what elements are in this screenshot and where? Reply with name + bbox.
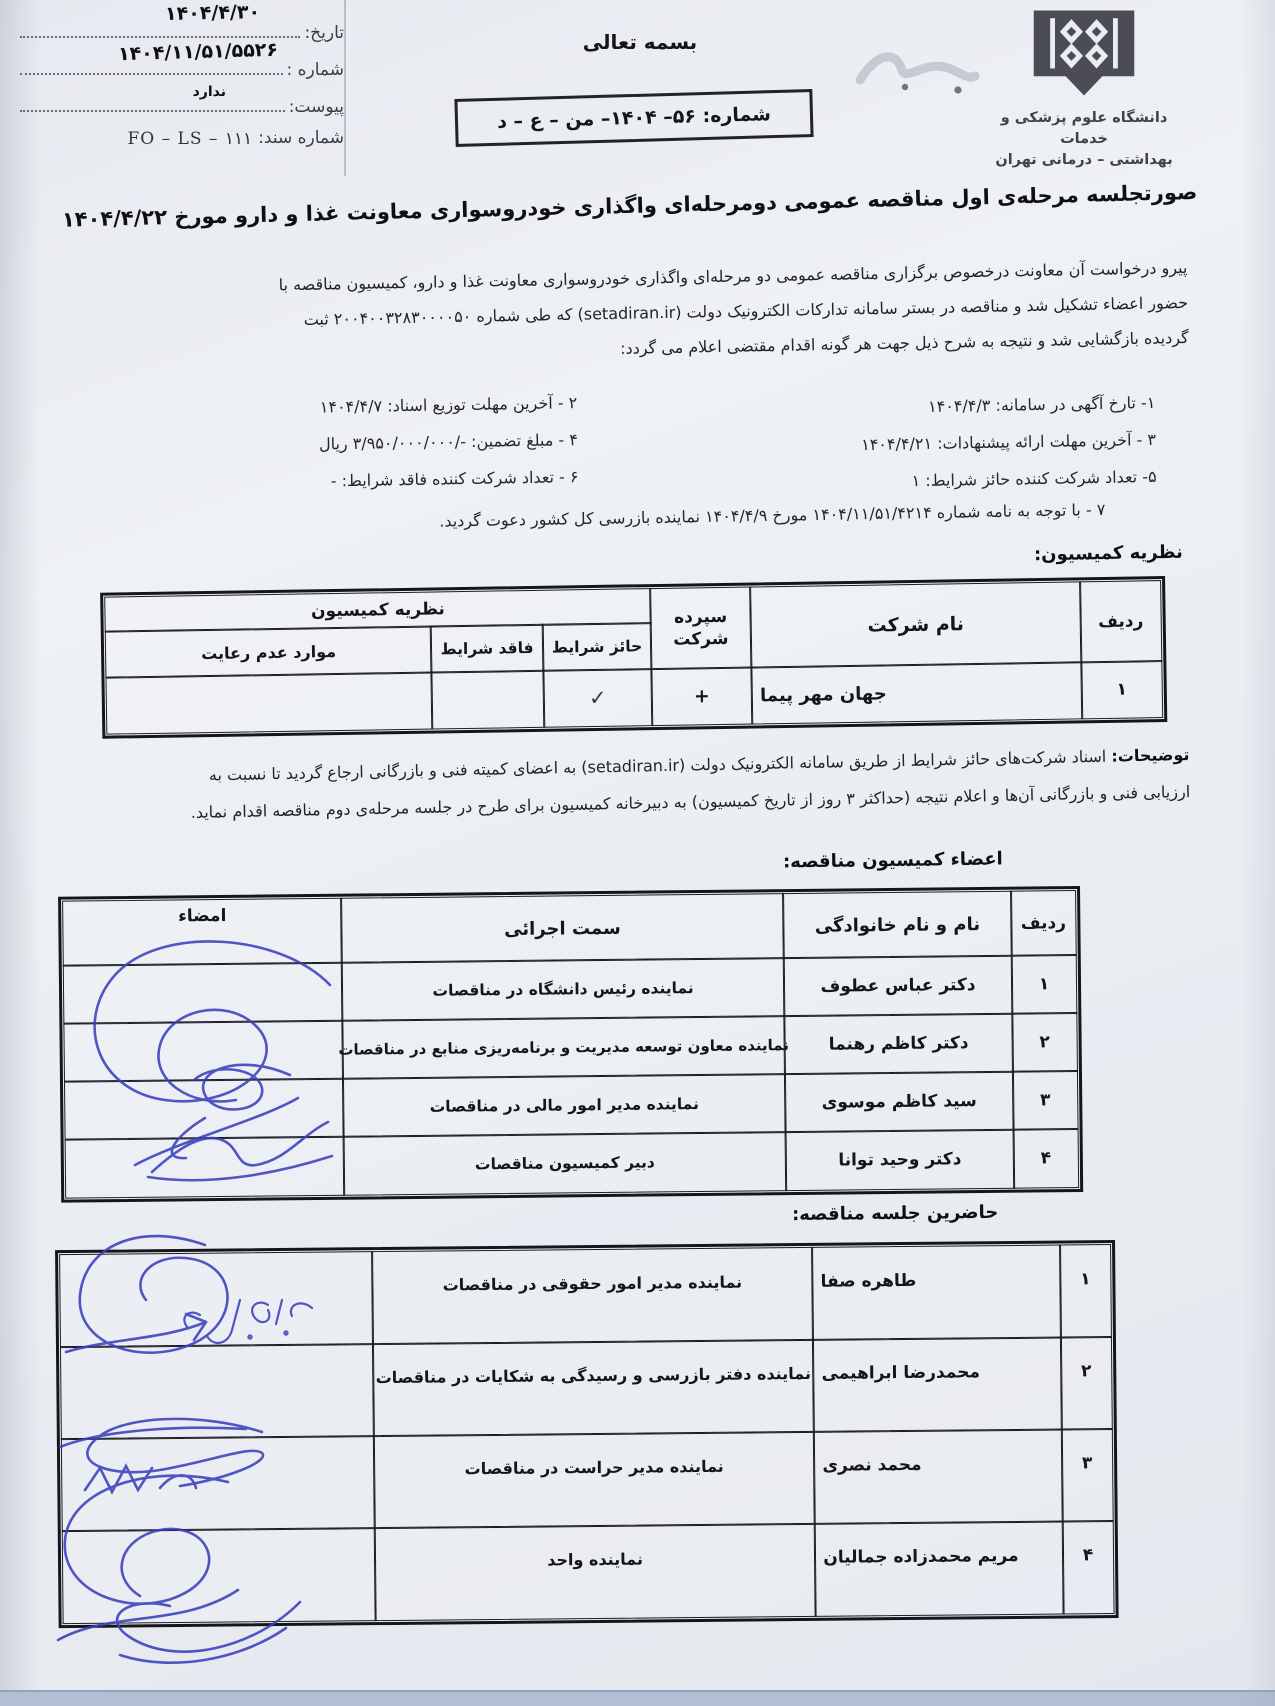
attendee-role: نماینده مدیر امور حقوقی در مناقصات [371, 1247, 813, 1345]
member-name: دکتر کاظم رهنما [784, 1013, 1014, 1075]
member-name: سید کاظم موسوی [784, 1071, 1014, 1133]
dotted-line [20, 109, 285, 112]
attachment-stamp: ندارد [193, 84, 226, 100]
attendee-role: نماینده دفتر بازرسی و رسیدگی به شکایات د… [372, 1339, 814, 1437]
doc-number-label: شماره سند: [258, 128, 344, 150]
col-header-name: نام و نام خانوادگی [782, 891, 1012, 959]
members-section-heading: اعضاء کمیسیون مناقصه: [783, 848, 1003, 872]
opinion-row-noncompliance [106, 672, 433, 735]
col-header-radif: ردیف [1010, 890, 1076, 956]
opinion-section-heading: نظریه کمیسیون: [1034, 542, 1183, 566]
member-row-num: ۱ [1011, 954, 1077, 1014]
member-role: نماینده رئیس دانشگاه در مناقصات [341, 957, 785, 1021]
document-title: صورتجلسه مرحله‌ی اول مناقصه عمومی دومرحل… [77, 180, 1197, 231]
university-name: دانشگاه علوم پزشکی و خدمات بهداشتی – درم… [981, 108, 1187, 171]
scanner-bed-edge [0, 1690, 1275, 1706]
col-header-radif: ردیف [1079, 580, 1162, 663]
university-name-line1: دانشگاه علوم پزشکی و خدمات [981, 108, 1187, 150]
attendee-row-num: ۱ [1059, 1244, 1111, 1338]
university-name-line2: بهداشتی – درمانی تهران [981, 150, 1187, 171]
doc-number-value: FO – LS – ۱۱۱ [128, 129, 253, 149]
col-header-signature: امضاء [62, 898, 342, 966]
attendee-name: طاهره صفا [811, 1245, 1061, 1341]
number-row: شماره : ۱۴۰۴/۱۱/۵۱/۵۵۲۶ [12, 45, 344, 82]
col-header-role: سمت اجرائی [340, 893, 784, 963]
member-signature-cell [64, 1078, 344, 1140]
attendee-row-num: ۴ [1062, 1520, 1114, 1614]
date-stamp: ۱۴۰۴/۴/۳۰ [165, 1, 261, 25]
opinion-table: ردیف نام شرکت سپرده شرکت نظریه کمیسیون ح… [100, 576, 1167, 739]
opinion-row-num: ۱ [1081, 660, 1163, 719]
col-header-eligible: حائز شرایط [542, 622, 652, 671]
number-stamp: ۱۴۰۴/۱۱/۵۱/۵۵۲۶ [118, 39, 279, 65]
col-header-deposit: سپرده شرکت [649, 587, 752, 670]
opinion-row-ineligible [431, 670, 545, 729]
member-role: نماینده مدیر امور مالی در مناقصات [342, 1073, 786, 1137]
doc-number-row: شماره سند: FO – LS – ۱۱۱ [12, 119, 344, 159]
attendee-name: محمد نصری [813, 1429, 1063, 1525]
attachment-label: پیوست: [289, 97, 344, 119]
reference-number-box: شماره: ۵۶– ۱۴۰۴– من – ع – د [454, 89, 813, 147]
col-header-ineligible: فاقد شرایط [430, 624, 544, 673]
faded-pen-mark [840, 30, 990, 100]
notes-paragraph: توضیحات: اسناد شرکت‌های حائز شرایط از طر… [81, 736, 1190, 833]
list-item: ۶ - تعداد شرکت کننده فاقد شرایط: - [113, 458, 579, 503]
attendee-role: نماینده واحد [374, 1523, 816, 1621]
attendee-signature-cell [59, 1251, 373, 1348]
member-role: دبیر کمیسیون مناقصات [343, 1131, 787, 1195]
attendee-row-num: ۲ [1060, 1336, 1112, 1430]
letterhead-left-block: تاریخ: ۱۴۰۴/۴/۳۰ شماره : ۱۴۰۴/۱۱/۵۱/۵۵۲۶… [12, 8, 344, 159]
member-signature-cell [65, 1136, 345, 1198]
opinion-row-company: جهان مهر پیما [751, 662, 1083, 725]
opinion-row-eligible-check: ✓ [543, 668, 653, 727]
opinion-row-deposit: + [651, 667, 753, 726]
university-logo-icon [1026, 6, 1142, 100]
paper-crease [344, 0, 346, 176]
col-header-company: نام شرکت [749, 582, 1082, 669]
attendees-section-heading: حاضرین جلسه مناقصه: [792, 1202, 998, 1225]
attendee-signature-cell [60, 1343, 374, 1440]
attendee-signature-cell [61, 1435, 375, 1532]
member-signature-cell [64, 1020, 344, 1082]
attendee-name: محمدرضا ابراهیمی [812, 1337, 1062, 1433]
scanned-document-page: تاریخ: ۱۴۰۴/۴/۳۰ شماره : ۱۴۰۴/۱۱/۵۱/۵۵۲۶… [0, 0, 1275, 1706]
facts-column-right: ۱- تارخ آگهی در سامانه: ۱۴۰۴/۴/۳ ۳ - آخر… [580, 384, 1157, 505]
intro-paragraph: پیرو درخواست آن معاونت درخصوص برگزاری من… [87, 250, 1189, 376]
attendee-role: نماینده مدیر حراست در مناقصات [373, 1431, 815, 1529]
attendee-signature-cell [62, 1527, 376, 1624]
member-row-num: ۴ [1013, 1128, 1079, 1188]
member-signature-cell [63, 962, 343, 1024]
members-table: ردیف نام و نام خانوادگی سمت اجرائی امضاء… [58, 886, 1083, 1203]
letterhead-logo-block: دانشگاه علوم پزشکی و خدمات بهداشتی – درم… [981, 6, 1187, 171]
attendee-row-num: ۳ [1061, 1428, 1113, 1522]
member-name: دکتر عباس عطوف [783, 955, 1013, 1017]
notes-label: توضیحات: [1111, 745, 1189, 766]
col-header-noncompliance: موارد عدم رعایت [105, 626, 432, 679]
facts-column-left: ۲ - آخرین مهلت توزیع اسناد: ۱۴۰۴/۴/۷ ۴ -… [112, 384, 579, 503]
date-row: تاریخ: ۱۴۰۴/۴/۳۰ [12, 8, 344, 45]
attendees-table: ۱ طاهره صفا نماینده مدیر امور حقوقی در م… [55, 1240, 1119, 1628]
member-role: نماینده معاون توسعه مدیریت و برنامه‌ریزی… [342, 1015, 786, 1079]
number-label: شماره : [287, 60, 345, 82]
member-name: دکتر وحید توانا [785, 1129, 1015, 1191]
tender-facts-list: ۱- تارخ آگهی در سامانه: ۱۴۰۴/۴/۳ ۳ - آخر… [110, 384, 1155, 402]
dotted-line [20, 72, 283, 75]
dotted-line [20, 35, 300, 38]
member-row-num: ۲ [1012, 1012, 1078, 1072]
member-row-num: ۳ [1012, 1070, 1078, 1130]
attendee-name: مریم محمدزاده جمالیان [814, 1521, 1064, 1617]
list-item-7: ۷ - با توجه به نامه شماره ۱۴۰۴/۱۱/۵۱/۴۲۱… [439, 500, 1105, 531]
bismillah-text: بسمه تعالی [500, 30, 780, 54]
attachment-row: پیوست: ندارد [12, 82, 344, 119]
date-label: تاریخ: [304, 23, 344, 45]
